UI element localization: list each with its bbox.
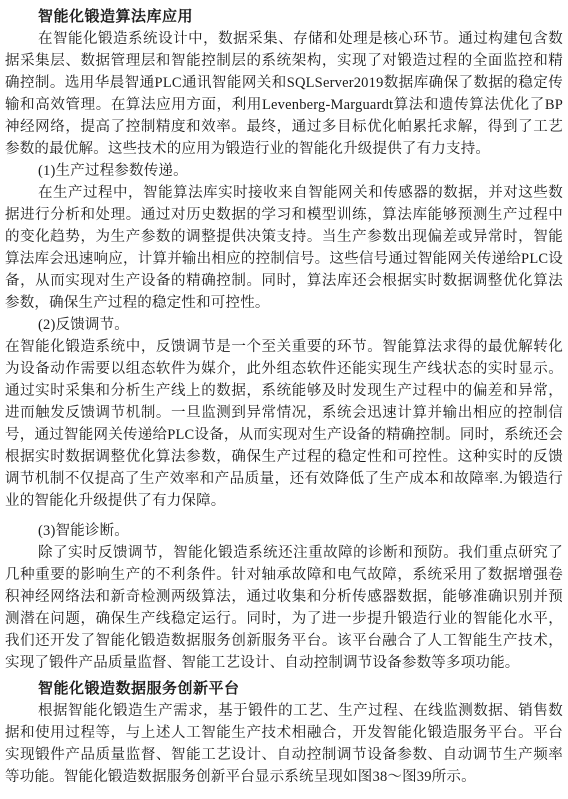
paragraph-feedback-adjustment: 在智能化锻造系统中，反馈调节是一个至关重要的环节。智能算法求得的最优解转化为设备… [5,336,563,512]
numbered-item-2-feedback-adjustment: (2)反馈调节。 [5,314,563,336]
numbered-item-3-intelligent-diagnosis: (3)智能诊断。 [5,520,563,542]
paragraph-service-platform: 根据智能化锻造生产需求，基于锻件的工艺、生产过程、在线监测数据、销售数据和使用过… [5,700,563,788]
section-heading-data-service-platform: 智能化锻造数据服务创新平台 [5,678,563,700]
document-page: 智能化锻造算法库应用 在智能化锻造系统设计中，数据采集、存储和处理是核心环节。通… [0,0,568,799]
numbered-item-1-parameter-transfer: (1)生产过程参数传递。 [5,160,563,182]
paragraph-intelligent-diagnosis: 除了实时反馈调节，智能化锻造系统还注重故障的诊断和预防。我们重点研究了几种重要的… [5,542,563,674]
section-heading-algorithm-library: 智能化锻造算法库应用 [5,6,563,28]
paragraph-system-design: 在智能化锻造系统设计中，数据采集、存储和处理是核心环节。通过构建包含数据采集层、… [5,28,563,160]
paragraph-production-process: 在生产过程中，智能算法库实时接收来自智能网关和传感器的数据，并对这些数据进行分析… [5,182,563,314]
